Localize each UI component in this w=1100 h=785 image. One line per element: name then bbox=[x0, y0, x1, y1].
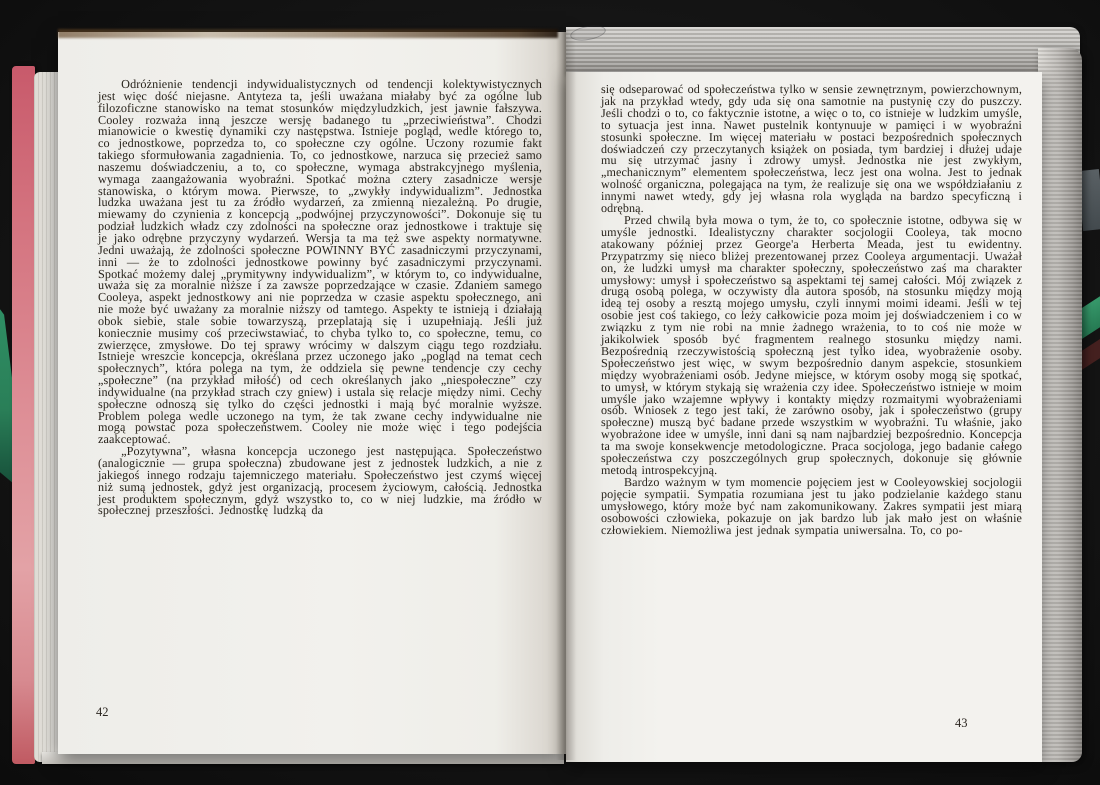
left-page-top-stain bbox=[58, 29, 558, 38]
page-number-right: 43 bbox=[955, 716, 968, 731]
paragraph: się odseparować od społeczeństwa tylko w… bbox=[601, 84, 1022, 215]
right-fore-edge bbox=[1038, 48, 1082, 762]
right-page-text: się odseparować od społeczeństwa tylko w… bbox=[601, 84, 1022, 536]
paragraph: Przed chwilą była mowa o tym, że to, co … bbox=[601, 215, 1022, 477]
book-cover-edge bbox=[12, 66, 35, 764]
left-page-text: Odróżnienie tendencji indywidualistyczny… bbox=[98, 79, 542, 517]
right-page-top-edge bbox=[566, 27, 1080, 74]
photo-background: Odróżnienie tendencji indywidualistyczny… bbox=[0, 0, 1100, 785]
paragraph: „Pozytywna”, własna koncepcja uczonego j… bbox=[98, 446, 542, 517]
paragraph: Odróżnienie tendencji indywidualistyczny… bbox=[98, 79, 542, 446]
paragraph: Bardzo ważnym w tym momencie pojęciem je… bbox=[601, 477, 1022, 537]
page-number-left: 42 bbox=[96, 705, 109, 720]
